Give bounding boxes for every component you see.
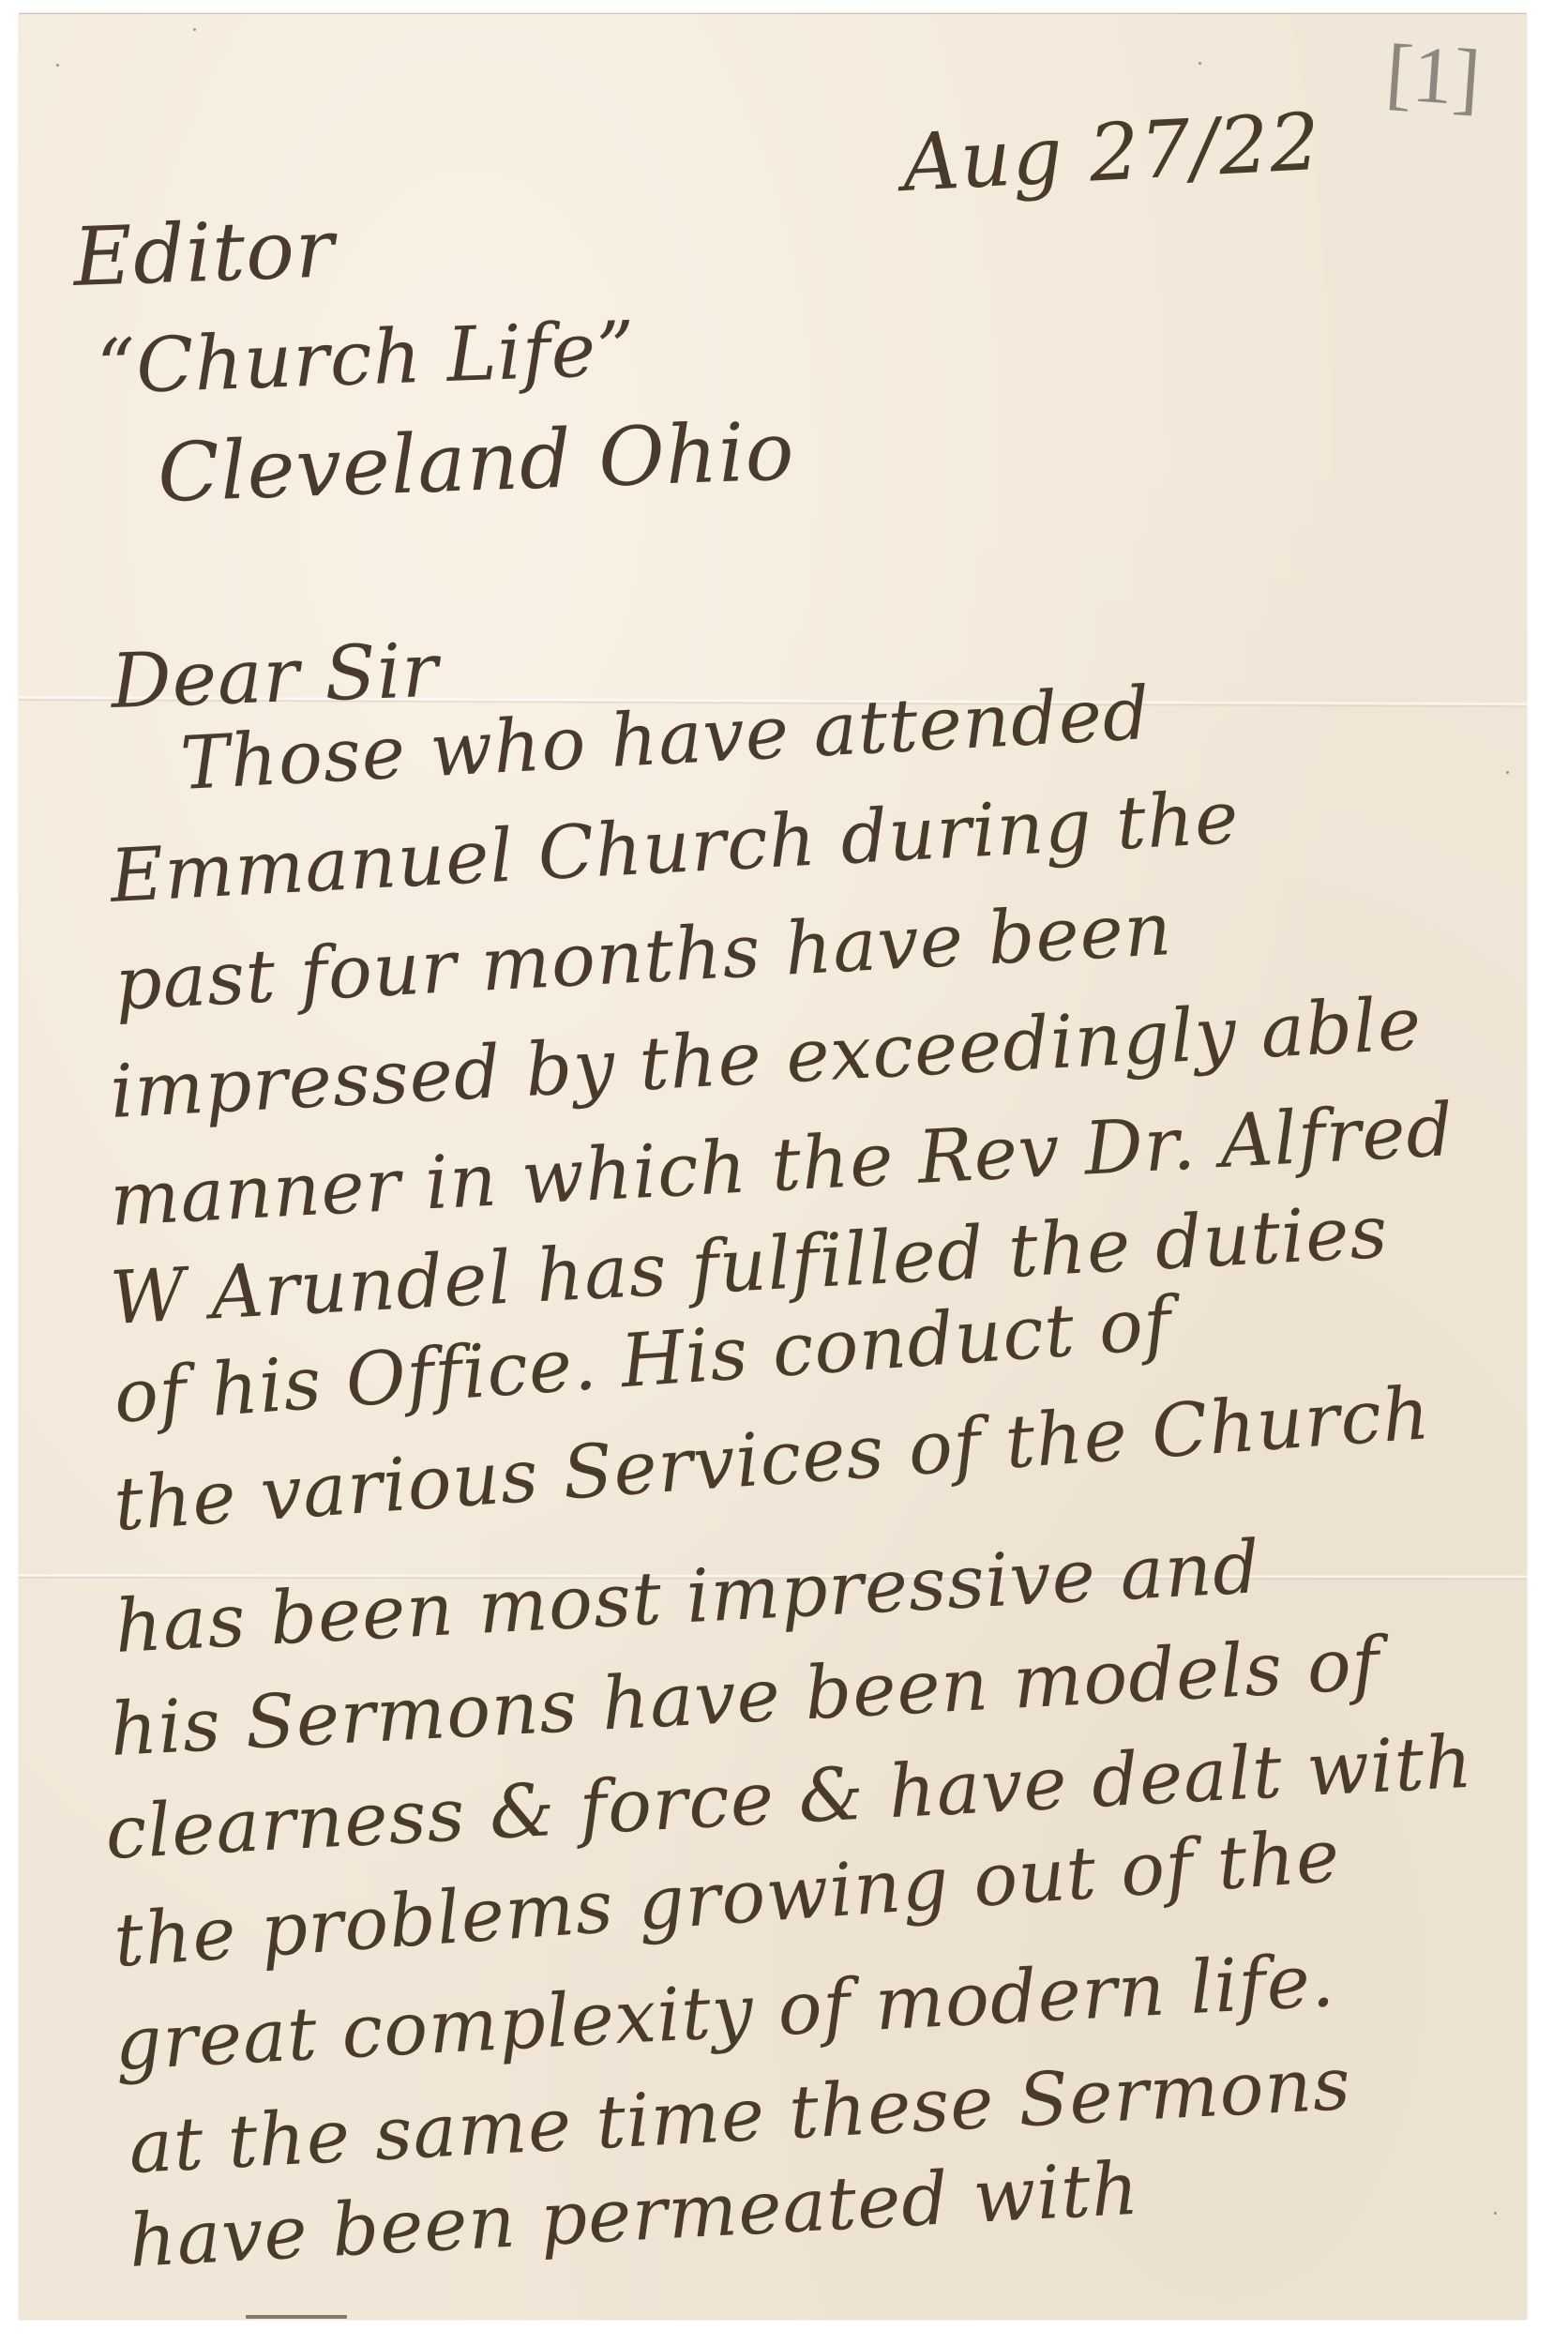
salutation: Dear Sir <box>110 627 441 725</box>
ink-fragment-bottom-edge <box>246 2315 347 2319</box>
page-number-marker: [1] <box>1383 25 1484 126</box>
recipient-title: Editor <box>72 202 337 305</box>
